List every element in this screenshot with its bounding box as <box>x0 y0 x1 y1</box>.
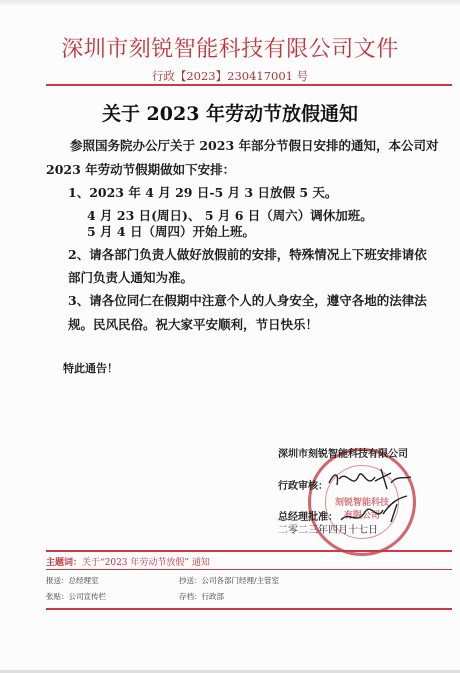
subject-label: 主题词： <box>46 558 82 568</box>
footer-subject: 主题词：关于“2023 年劳动节放假” 通知 <box>46 555 210 568</box>
footer-subject-rule <box>46 569 452 570</box>
cc-label: 抄送： <box>179 576 202 585</box>
post: 张贴：公司宣传栏 <box>46 591 106 602</box>
item-3-line-2: 规。民风民俗。祝大家平安顺利，节日快乐！ <box>68 315 318 333</box>
item-2-line-2: 部门负责人通知为准。 <box>68 268 193 286</box>
cc: 抄送：公司各部门经理/主管室 <box>179 575 279 586</box>
signature-company: 深圳市刻锐智能科技有限公司 <box>278 445 408 460</box>
document-page: 深圳市刻锐智能科技有限公司文件 行政【2023】230417001 号 关于 2… <box>0 0 460 673</box>
archive-label: 存档： <box>179 592 202 601</box>
doc-number: 行政【2023】230417001 号 <box>0 68 460 84</box>
org-title: 深圳市刻锐智能科技有限公司文件 <box>0 32 460 63</box>
post-label: 张贴： <box>46 592 69 601</box>
header-divider <box>46 84 452 86</box>
item-1-line-1: 1、2023 年 4 月 29 日-5 月 3 日放假 5 天。 <box>68 183 337 201</box>
gm-signature <box>335 492 415 528</box>
report-to: 报送：总经理室 <box>46 575 99 586</box>
report-to-value: 总经理室 <box>69 576 99 585</box>
scan-shadow <box>0 0 460 6</box>
footer-bottom-rule <box>46 608 452 610</box>
item-3-line-1: 3、请各位同仁在假期中注意个人的人身安全，遵守各地的法律法 <box>68 291 427 309</box>
subject-value: 关于“2023 年劳动节放假” 通知 <box>82 558 210 568</box>
notice-title: 关于 2023 年劳动节放假通知 <box>0 99 460 126</box>
post-value: 公司宣传栏 <box>69 592 107 601</box>
footer-top-rule <box>46 550 452 552</box>
archive: 存档：行政部 <box>179 591 224 602</box>
admin-review-label: 行政审核： <box>278 477 328 492</box>
admin-signature <box>325 465 415 495</box>
archive-value: 行政部 <box>202 592 225 601</box>
report-to-label: 报送： <box>46 576 69 585</box>
item-2-line-1: 2、请各部门负责人做好放假前的安排，特殊情况上下班安排请依 <box>68 245 427 263</box>
cc-value: 公司各部门经理/主管室 <box>202 576 280 585</box>
closing-text: 特此通告！ <box>63 360 118 376</box>
intro-line-1: 参照国务院办公厅关于 2023 年部分节假日安排的通知，本公司对 <box>70 136 439 154</box>
intro-line-2: 2023 年劳动节假期做如下安排： <box>46 160 235 178</box>
item-1-line-3: 5 月 4 日（周四）开始上班。 <box>87 222 255 240</box>
